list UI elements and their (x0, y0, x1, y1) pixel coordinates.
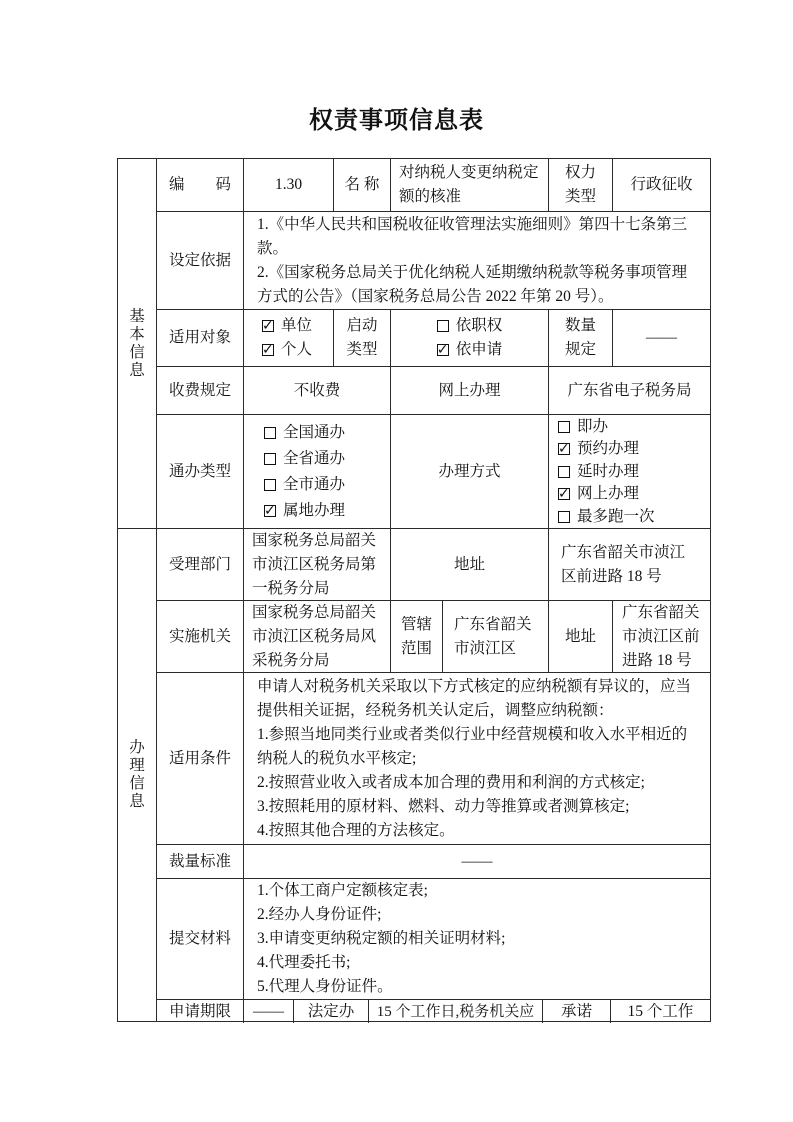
statutory-time-value: 15 个工作日,税务机关应 (368, 1000, 542, 1023)
material-item: 5.代理人身份证件。 (257, 975, 505, 999)
material-item: 2.经办人身份证件; (257, 903, 505, 927)
conditions-item: 4.按照其他合理的方法核定。 (257, 819, 697, 843)
row-legal-basis: 设定依据 1.《中华人民共和国税收征收管理法实施细则》第四十七条第三款。 2.《… (157, 211, 710, 309)
legal-basis-item: 1.《中华人民共和国税收征收管理法实施细则》第四十七条第三款。 (257, 213, 697, 261)
option-unit: 单位 (262, 314, 312, 338)
document-page: 权责事项信息表 基本信息 办理信息 编 码 1.30 名 称 对纳税人变更纳税定… (0, 0, 793, 1122)
code-value: 1.30 (243, 159, 333, 211)
row-accepting-dept: 受理部门 国家税务总局韶关市浈江区税务局第一税务分局 地址 广东省韶关市浈江区前… (157, 528, 710, 600)
promise-time-label: 承诺 (542, 1000, 610, 1023)
accepting-dept-org: 国家税务总局韶关市浈江区税务局第一税务分局 (243, 529, 390, 600)
statutory-time-label: 法定办 (293, 1000, 368, 1023)
legal-basis-content: 1.《中华人民共和国税收征收管理法实施细则》第四十七条第三款。 2.《国家税务总… (243, 212, 710, 309)
option-label: 预约办理 (577, 437, 639, 461)
implementing-agency-org: 国家税务总局韶关市浈江区税务局风采税务分局 (243, 601, 390, 672)
name-label: 名 称 (333, 159, 390, 211)
option-label: 依申请 (456, 338, 503, 362)
fee-rule-value: 不收费 (243, 367, 390, 414)
row-implementing-agency: 实施机关 国家税务总局韶关市浈江区税务局风采税务分局 管辖范围 广东省韶关市浈江… (157, 600, 710, 672)
option-citywide: 全市通办 (264, 472, 345, 498)
checkbox-unchecked-icon (558, 511, 570, 523)
application-deadline-label: 申请期限 (157, 1000, 243, 1023)
quantity-rule-label: 数量规定 (548, 310, 612, 366)
row-apply-target: 适用对象 单位 个人 启动类型 (157, 309, 710, 366)
option-label: 个人 (281, 338, 312, 362)
checkbox-checked-icon (262, 344, 274, 356)
option-label: 延时办理 (577, 460, 639, 484)
name-value: 对纳税人变更纳税定额的核准 (390, 159, 548, 211)
option-label: 单位 (281, 314, 312, 338)
checkbox-unchecked-icon (264, 427, 276, 439)
implementing-address-label: 地址 (548, 601, 612, 672)
checkbox-checked-icon (437, 344, 449, 356)
checkbox-unchecked-icon (558, 466, 570, 478)
material-item: 1.个体工商户定额核定表; (257, 879, 505, 903)
implementing-address-value: 广东省韶关市浈江区前进路 18 号 (612, 601, 710, 672)
info-table: 基本信息 办理信息 编 码 1.30 名 称 对纳税人变更纳税定额的核准 权力类… (117, 158, 711, 1022)
submission-materials-label: 提交材料 (157, 879, 243, 999)
section-column: 基本信息 办理信息 (118, 159, 157, 1021)
section-handling-info-label: 办理信息 (129, 739, 146, 811)
option-individual: 个人 (262, 338, 312, 362)
row-universal-type: 通办类型 全国通办 全省通办 全市通办 (157, 414, 710, 528)
code-label: 编 码 (157, 159, 243, 211)
apply-target-options: 单位 个人 (243, 310, 333, 366)
implementing-agency-label: 实施机关 (157, 601, 243, 672)
option-label: 最多跑一次 (577, 505, 655, 529)
checkbox-unchecked-icon (264, 479, 276, 491)
accepting-dept-address-value: 广东省韶关市浈江区前进路 18 号 (548, 529, 710, 600)
accepting-dept-label: 受理部门 (157, 529, 243, 600)
conditions-intro: 申请人对税务机关采取以下方式核定的应纳税额有异议的，应当提供相关证据，经税务机关… (257, 675, 697, 723)
option-provincewide: 全省通办 (264, 446, 345, 472)
apply-target-label: 适用对象 (157, 310, 243, 366)
option-local: 属地办理 (264, 498, 345, 524)
power-type-value: 行政征收 (612, 159, 710, 211)
checkbox-unchecked-icon (264, 453, 276, 465)
row-submission-materials: 提交材料 1.个体工商户定额核定表; 2.经办人身份证件; 3.申请变更纳税定额… (157, 878, 710, 999)
material-item: 4.代理委托书; (257, 951, 505, 975)
row-discretion-standard: 裁量标准 —— (157, 844, 710, 878)
checkbox-checked-icon (558, 488, 570, 500)
option-label: 全国通办 (283, 421, 345, 445)
option-one-visit: 最多跑一次 (558, 505, 655, 528)
start-type-label: 启动类型 (333, 310, 390, 366)
section-basic-info: 基本信息 (118, 159, 156, 528)
table-body: 编 码 1.30 名 称 对纳税人变更纳税定额的核准 权力类型 行政征收 设定依… (157, 159, 710, 1021)
checkbox-unchecked-icon (437, 320, 449, 332)
conditions-item: 3.按照耗用的原材料、燃料、动力等推算或者测算核定; (257, 795, 697, 819)
checkbox-checked-icon (558, 443, 570, 455)
online-handling-value: 广东省电子税务局 (548, 367, 710, 414)
option-label: 全市通办 (283, 473, 345, 497)
power-type-label: 权力类型 (548, 159, 612, 211)
option-by-authority: 依职权 (437, 314, 503, 338)
row-code: 编 码 1.30 名 称 对纳税人变更纳税定额的核准 权力类型 行政征收 (157, 159, 710, 211)
legal-basis-item: 2.《国家税务总局关于优化纳税人延期缴纳税款等税务事项管理方式的公告》（国家税务… (257, 261, 697, 309)
checkbox-unchecked-icon (558, 421, 570, 433)
checkbox-checked-icon (262, 320, 274, 332)
option-label: 即办 (577, 415, 608, 439)
option-by-application: 依申请 (437, 338, 503, 362)
conditions-item: 2.按照营业收入或者成本加合理的费用和利润的方式核定; (257, 771, 697, 795)
submission-materials-content: 1.个体工商户定额核定表; 2.经办人身份证件; 3.申请变更纳税定额的相关证明… (243, 879, 710, 999)
universal-type-label: 通办类型 (157, 415, 243, 528)
page-title: 权责事项信息表 (0, 100, 793, 135)
option-label: 网上办理 (577, 482, 639, 506)
conditions-item: 1.参照当地同类行业或者类似行业中经营规模和收入水平相近的纳税人的税负水平核定; (257, 723, 697, 771)
handling-method-label: 办理方式 (390, 415, 548, 528)
option-label: 依职权 (456, 314, 503, 338)
universal-type-options: 全国通办 全省通办 全市通办 属地办理 (243, 415, 390, 528)
option-appointment: 预约办理 (558, 438, 655, 461)
legal-basis-label: 设定依据 (157, 212, 243, 309)
option-online: 网上办理 (558, 483, 655, 506)
material-item: 3.申请变更纳税定额的相关证明材料; (257, 927, 505, 951)
section-basic-info-label: 基本信息 (129, 308, 146, 380)
option-label: 属地办理 (283, 499, 345, 523)
application-deadline-value: —— (243, 1000, 293, 1023)
row-application-deadline: 申请期限 —— 法定办 15 个工作日,税务机关应 承诺 15 个工作 (157, 999, 710, 1023)
fee-rule-label: 收费规定 (157, 367, 243, 414)
applicable-conditions-content: 申请人对税务机关采取以下方式核定的应纳税额有异议的，应当提供相关证据，经税务机关… (243, 673, 710, 844)
row-applicable-conditions: 适用条件 申请人对税务机关采取以下方式核定的应纳税额有异议的，应当提供相关证据，… (157, 672, 710, 844)
jurisdiction-label: 管辖范围 (390, 601, 442, 672)
online-handling-label: 网上办理 (390, 367, 548, 414)
option-extended: 延时办理 (558, 460, 655, 483)
start-type-options: 依职权 依申请 (390, 310, 548, 366)
row-fee-rule: 收费规定 不收费 网上办理 广东省电子税务局 (157, 366, 710, 414)
option-label: 全省通办 (283, 447, 345, 471)
applicable-conditions-label: 适用条件 (157, 673, 243, 844)
promise-time-value: 15 个工作 (610, 1000, 710, 1023)
option-immediate: 即办 (558, 415, 655, 438)
quantity-rule-value: —— (612, 310, 710, 366)
checkbox-checked-icon (264, 505, 276, 517)
handling-method-options: 即办 预约办理 延时办理 网上办理 (548, 415, 710, 528)
section-handling-info: 办理信息 (118, 528, 156, 1021)
option-nationwide: 全国通办 (264, 420, 345, 446)
discretion-standard-label: 裁量标准 (157, 845, 243, 878)
jurisdiction-value: 广东省韶关市浈江区 (442, 601, 548, 672)
discretion-standard-value: —— (243, 845, 710, 878)
accepting-dept-address-label: 地址 (390, 529, 548, 600)
